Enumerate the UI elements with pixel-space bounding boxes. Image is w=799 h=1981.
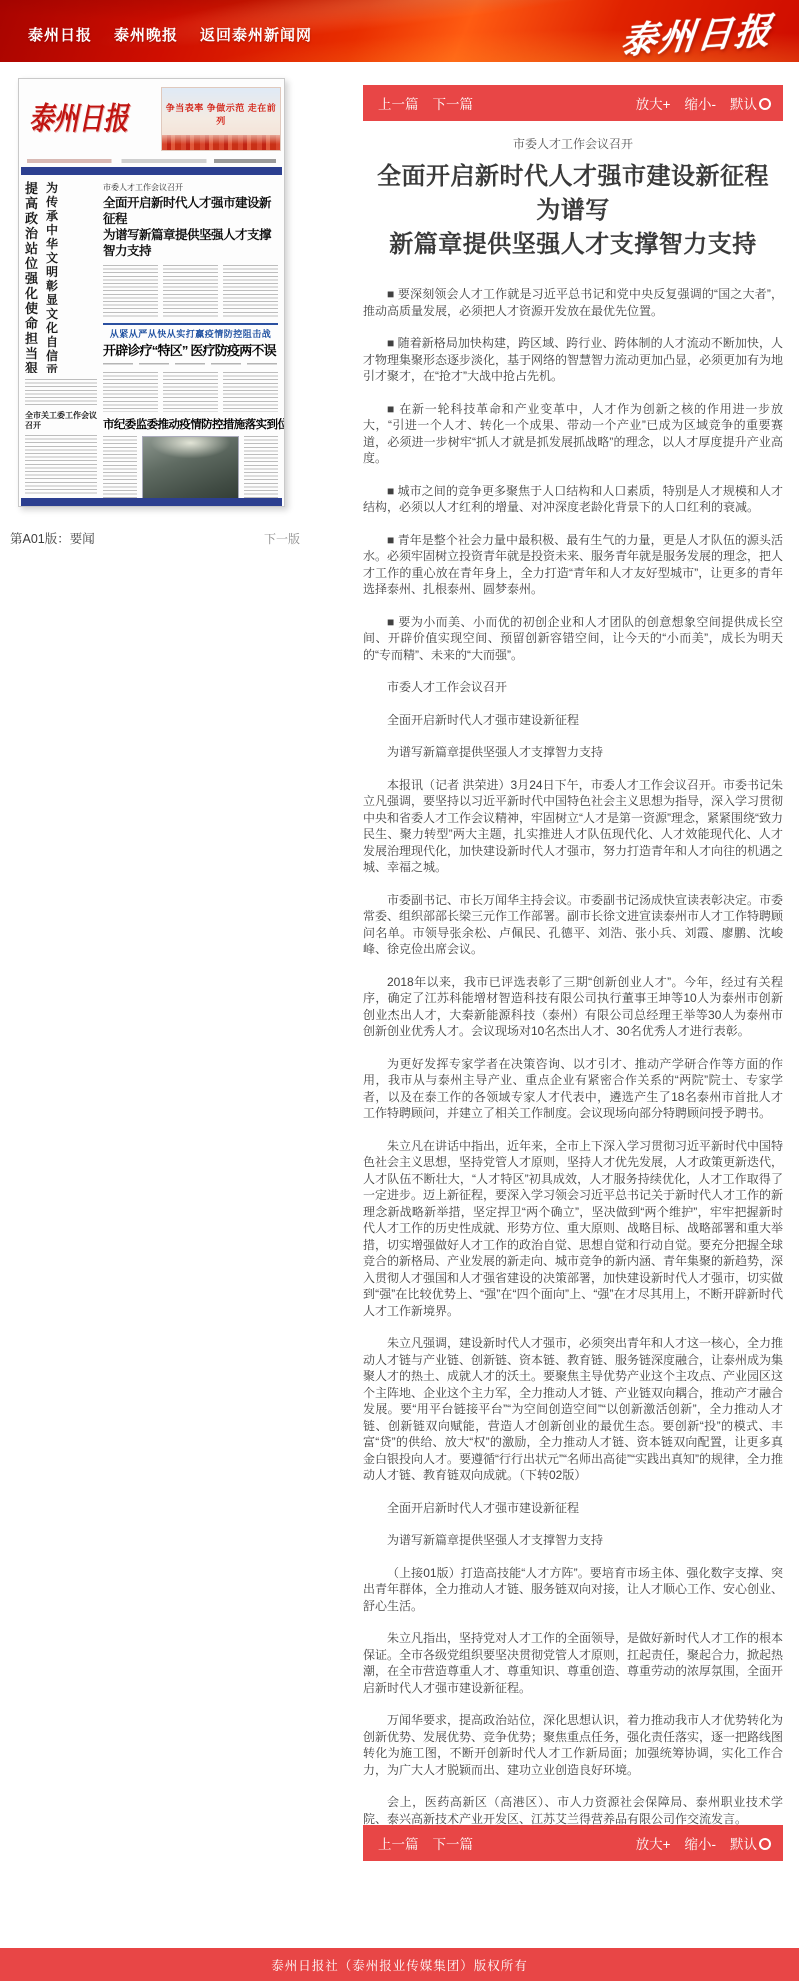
skyline-graphic — [162, 135, 280, 150]
site-header: 泰州日报 泰州晚报 返回泰州新闻网 泰州日报 — [0, 0, 799, 62]
article-panel: 上一篇 下一篇 放大+ 缩小- 默认 市委人才工作会议召开 全面开启新时代人才强… — [363, 85, 783, 1898]
article-bullet: ■ 要深刻领会人才工作就是习近平总书记和党中央反复强调的“国之大者”，推动高质量… — [363, 286, 783, 319]
prev-article-link[interactable]: 上一篇 — [378, 93, 419, 113]
newspaper-masthead: 泰州日报 — [29, 93, 141, 138]
newspaper-main-headline-line1: 全面开启新时代人才强市建设新征程 — [103, 196, 271, 226]
article-para: 为更好发挥专家学者在决策咨询、以才引才、推动产学研合作等方面的作用，我市从与泰州… — [363, 1056, 783, 1122]
newsprint-columns — [103, 265, 278, 317]
reset-circle-icon — [759, 98, 771, 110]
zoom-out-link-bottom[interactable]: 缩小- — [685, 1833, 717, 1853]
newspaper-front-page-thumbnail[interactable]: 泰州日报 争当表率 争做示范 走在前列 提高政治站位强化使命担当狠抓工作落实 为… — [18, 78, 285, 507]
article-para: 万闻华要求，提高政治站位，深化思想认识，着力推动我市人才优势转化为创新优势、发展… — [363, 1712, 783, 1778]
article-para: 朱立凡在讲话中指出，近年来，全市上下深入学习贯彻习近平新时代中国特色社会主义思想… — [363, 1138, 783, 1320]
newsprint-text-block — [25, 379, 97, 405]
article-para: 本报讯（记者 洪荣进）3月24日下午，市委人才工作会议召开。市委书记朱立凡强调，… — [363, 777, 783, 876]
newspaper-body: 提高政治站位强化使命担当狠抓工作落实 为传承中华文明彰显文化自信贡献江苏智慧力量… — [19, 175, 284, 490]
default-size-label: 默认 — [730, 97, 757, 112]
newsprint-subline — [103, 361, 278, 366]
reset-circle-icon-bottom — [759, 1838, 771, 1850]
site-nav: 泰州日报 泰州晚报 返回泰州新闻网 — [28, 24, 312, 45]
newspaper-main-headline-line2: 为谱写新篇章提供坚强人才支撑智力支持 — [103, 228, 271, 258]
newspaper-photo — [142, 436, 239, 507]
article-kicker: 市委人才工作会议召开 — [363, 135, 783, 152]
article-para: 市委副书记、市长万闻华主持会议。市委副书记汤成快宣读表彰决定。市委常委、组织部部… — [363, 892, 783, 958]
page-label: 第A01版：要闻 — [10, 529, 95, 547]
newspaper-photo-row — [103, 436, 278, 507]
article-bullet: ■ 城市之间的竞争更多聚焦于人口结构和人口素质，特别是人才规模和人才结构，必须以… — [363, 483, 783, 516]
newspaper-main-headline: 全面开启新时代人才强市建设新征程 为谱写新篇章提供坚强人才支撑智力支持 — [103, 195, 278, 259]
article-para: 会上，医药高新区（高港区）、市人力资源社会保障局、泰州职业技术学院、泰兴高新技术… — [363, 1794, 783, 1827]
default-size-link[interactable]: 默认 — [730, 93, 771, 113]
article-bullet: ■ 要为小而美、小而优的初创企业和人才团队的创意想象空间提供成长空间、开辟价值实… — [363, 614, 783, 664]
zoom-in-link[interactable]: 放大+ — [636, 93, 671, 113]
newspaper-headline-guanggongwei: 全市关工委工作会议召开 — [25, 411, 97, 431]
article-sub: 全面开启新时代人才强市建设新征程 — [363, 1500, 783, 1517]
newsprint-text-block — [25, 435, 97, 495]
prev-article-link-bottom[interactable]: 上一篇 — [378, 1833, 419, 1853]
article-sub: 全面开启新时代人才强市建设新征程 — [363, 712, 783, 729]
newspaper-left-column: 提高政治站位强化使命担当狠抓工作落实 为传承中华文明彰显文化自信贡献江苏智慧力量… — [25, 181, 97, 490]
default-size-link-bottom[interactable]: 默认 — [730, 1833, 771, 1853]
nav-link-back-to-news-portal[interactable]: 返回泰州新闻网 — [200, 24, 312, 45]
newspaper-headline-jiwei: 市纪委监委推动疫情防控措施落实到位 — [103, 418, 278, 432]
vertical-headline-main: 提高政治站位强化使命担当狠抓工作落实 — [25, 181, 42, 373]
nav-link-taizhou-daily[interactable]: 泰州日报 — [28, 24, 92, 45]
copyright-text: 泰州日报社（泰州报业传媒集团）版权所有 — [271, 1956, 528, 1974]
article-body: ■ 要深刻领会人才工作就是习近平总书记和党中央反复强调的“国之大者”，推动高质量… — [363, 286, 783, 1898]
newspaper-headline-clinic: 开辟诊疗“特区” 医疗防疫两不误 — [103, 343, 278, 358]
promo-slogan: 争当表率 争做示范 走在前列 — [162, 101, 280, 127]
site-logo-calligraphy: 泰州日报 — [618, 2, 775, 62]
newspaper-top: 泰州日报 争当表率 争做示范 走在前列 — [19, 79, 284, 155]
article-sub: 为谱写新篇章提供坚强人才支撑智力支持 — [363, 744, 783, 761]
site-footer: 泰州日报社（泰州报业传媒集团）版权所有 — [0, 1948, 799, 1981]
article-toolbar-bottom: 上一篇 下一篇 放大+ 缩小- 默认 — [363, 1825, 783, 1861]
article-toolbar-top: 上一篇 下一篇 放大+ 缩小- 默认 — [363, 85, 783, 121]
page: 泰州日报 泰州晚报 返回泰州新闻网 泰州日报 泰州日报 争当表率 争做示范 走在… — [0, 0, 799, 1981]
vertical-headlines: 提高政治站位强化使命担当狠抓工作落实 为传承中华文明彰显文化自信贡献江苏智慧力量 — [25, 181, 97, 373]
article-title-line1: 全面开启新时代人才强市建设新征程 为谱写 — [377, 163, 769, 224]
next-article-link[interactable]: 下一篇 — [433, 93, 474, 113]
newspaper-bottom-band — [21, 498, 282, 506]
article-bullet: ■ 在新一轮科技革命和产业变革中，人才作为创新之核的作用进一步放大，“引进一个人… — [363, 401, 783, 467]
newspaper-blue-band — [21, 167, 282, 175]
zoom-out-link[interactable]: 缩小- — [685, 93, 717, 113]
newsprint-columns — [103, 372, 278, 412]
article-title: 全面开启新时代人才强市建设新征程 为谱写 新篇章提供坚强人才支撑智力支持 — [363, 160, 783, 262]
newspaper-kicker: 市委人才工作会议召开 — [103, 182, 278, 193]
article-title-line2: 新篇章提供坚强人才支撑智力支持 — [389, 231, 757, 258]
article-sub: 为谱写新篇章提供坚强人才支撑智力支持 — [363, 1532, 783, 1549]
zoom-in-link-bottom[interactable]: 放大+ — [636, 1833, 671, 1853]
nav-link-taizhou-evening[interactable]: 泰州晚报 — [114, 24, 178, 45]
newspaper-right-column: 市委人才工作会议召开 全面开启新时代人才强市建设新征程 为谱写新篇章提供坚强人才… — [103, 181, 278, 490]
article-sub: 市委人才工作会议召开 — [363, 679, 783, 696]
vertical-headline-sub: 为传承中华文明彰显文化自信贡献江苏智慧力量 — [46, 181, 61, 373]
default-size-label-bottom: 默认 — [730, 1837, 757, 1852]
article-para: 朱立凡指出，坚持党对人才工作的全面领导，是做好新时代人才工作的根本保证。全市各级… — [363, 1630, 783, 1696]
sidebar: 泰州日报 争当表率 争做示范 走在前列 提高政治站位强化使命担当狠抓工作落实 为… — [10, 78, 302, 547]
article-bullet: ■ 青年是整个社会力量中最积极、最有生气的力量，更是人才队伍的源头活水。必须牢固… — [363, 532, 783, 598]
epidemic-banner: 从紧从严从快从实打赢疫情防控阻击战 — [103, 323, 278, 340]
thumbnail-caption-row: 第A01版：要闻 下一版 — [10, 529, 300, 547]
article-para: 朱立凡强调，建设新时代人才强市，必须突出青年和人才这一核心，全力推动人才链与产业… — [363, 1335, 783, 1484]
newspaper-dateline — [27, 155, 276, 167]
next-article-link-bottom[interactable]: 下一篇 — [433, 1833, 474, 1853]
article-para: 2018年以来，我市已评选表彰了三期“创新创业人才”。今年，经过有关程序，确定了… — [363, 974, 783, 1040]
newspaper-promo-banner: 争当表率 争做示范 走在前列 — [161, 87, 281, 151]
article-bullet: ■ 随着新格局加快构建，跨区域、跨行业、跨体制的人才流动不断加快，人才物理集聚形… — [363, 335, 783, 385]
article-para: （上接01版）打造高技能“人才方阵”。要培育市场主体、强化数字支撑、突出青年群体… — [363, 1565, 783, 1615]
next-page-link[interactable]: 下一版 — [264, 530, 300, 547]
